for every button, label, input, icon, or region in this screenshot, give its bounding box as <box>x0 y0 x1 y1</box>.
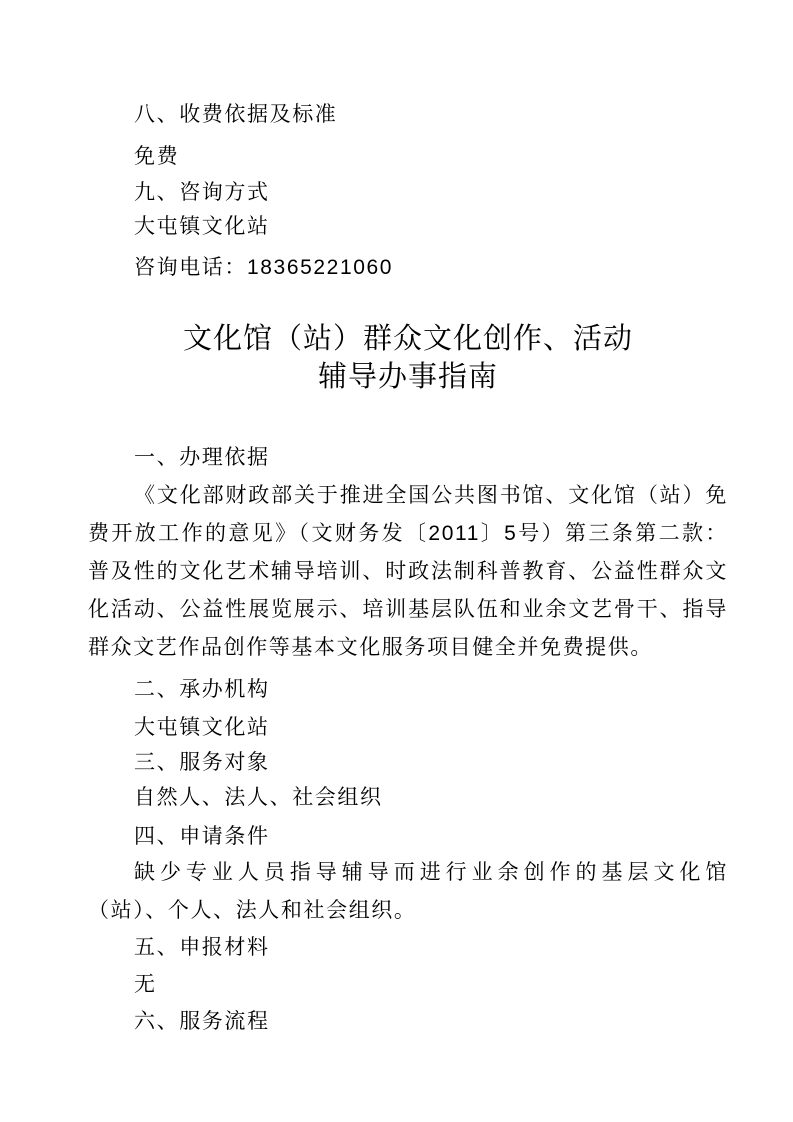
agency-name-text: 大屯镇文化站 <box>88 208 728 246</box>
section-3-heading: 三、服务对象 <box>88 744 728 782</box>
section-6-heading: 六、服务流程 <box>88 1003 728 1041</box>
section-9-heading: 九、咨询方式 <box>88 174 728 212</box>
doc-title-line2: 辅导办事指南 <box>88 358 728 396</box>
undertaking-agency-text: 大屯镇文化站 <box>88 709 728 747</box>
materials-none-text: 无 <box>88 966 728 1004</box>
application-conditions-paragraph: 缺少专业人员指导辅导而进行业余创作的基层文化馆（站）、个人、法人和社会组织。 <box>88 854 728 930</box>
doc-title-line1: 文化馆（站）群众文化创作、活动 <box>88 320 728 358</box>
section-8-heading: 八、收费依据及标准 <box>88 96 728 134</box>
document-page: 八、收费依据及标准 免费 九、咨询方式 大屯镇文化站 咨询电话：18365221… <box>0 0 793 1122</box>
section-1-heading: 一、办理依据 <box>88 439 728 477</box>
legal-basis-paragraph: 《文化部财政部关于推进全国公共图书馆、文化馆（站）免费开放工作的意见》（文财务发… <box>88 477 728 667</box>
phone-line-text: 咨询电话：18365221060 <box>88 249 728 287</box>
section-2-heading: 二、承办机构 <box>88 671 728 709</box>
fee-value-text: 免费 <box>88 138 728 176</box>
doc-title: 文化馆（站）群众文化创作、活动 辅导办事指南 <box>88 320 728 396</box>
section-5-heading: 五、申报材料 <box>88 929 728 967</box>
service-target-text: 自然人、法人、社会组织 <box>88 779 728 817</box>
section-4-heading: 四、申请条件 <box>88 818 728 856</box>
document-content: 八、收费依据及标准 免费 九、咨询方式 大屯镇文化站 咨询电话：18365221… <box>88 0 728 1041</box>
